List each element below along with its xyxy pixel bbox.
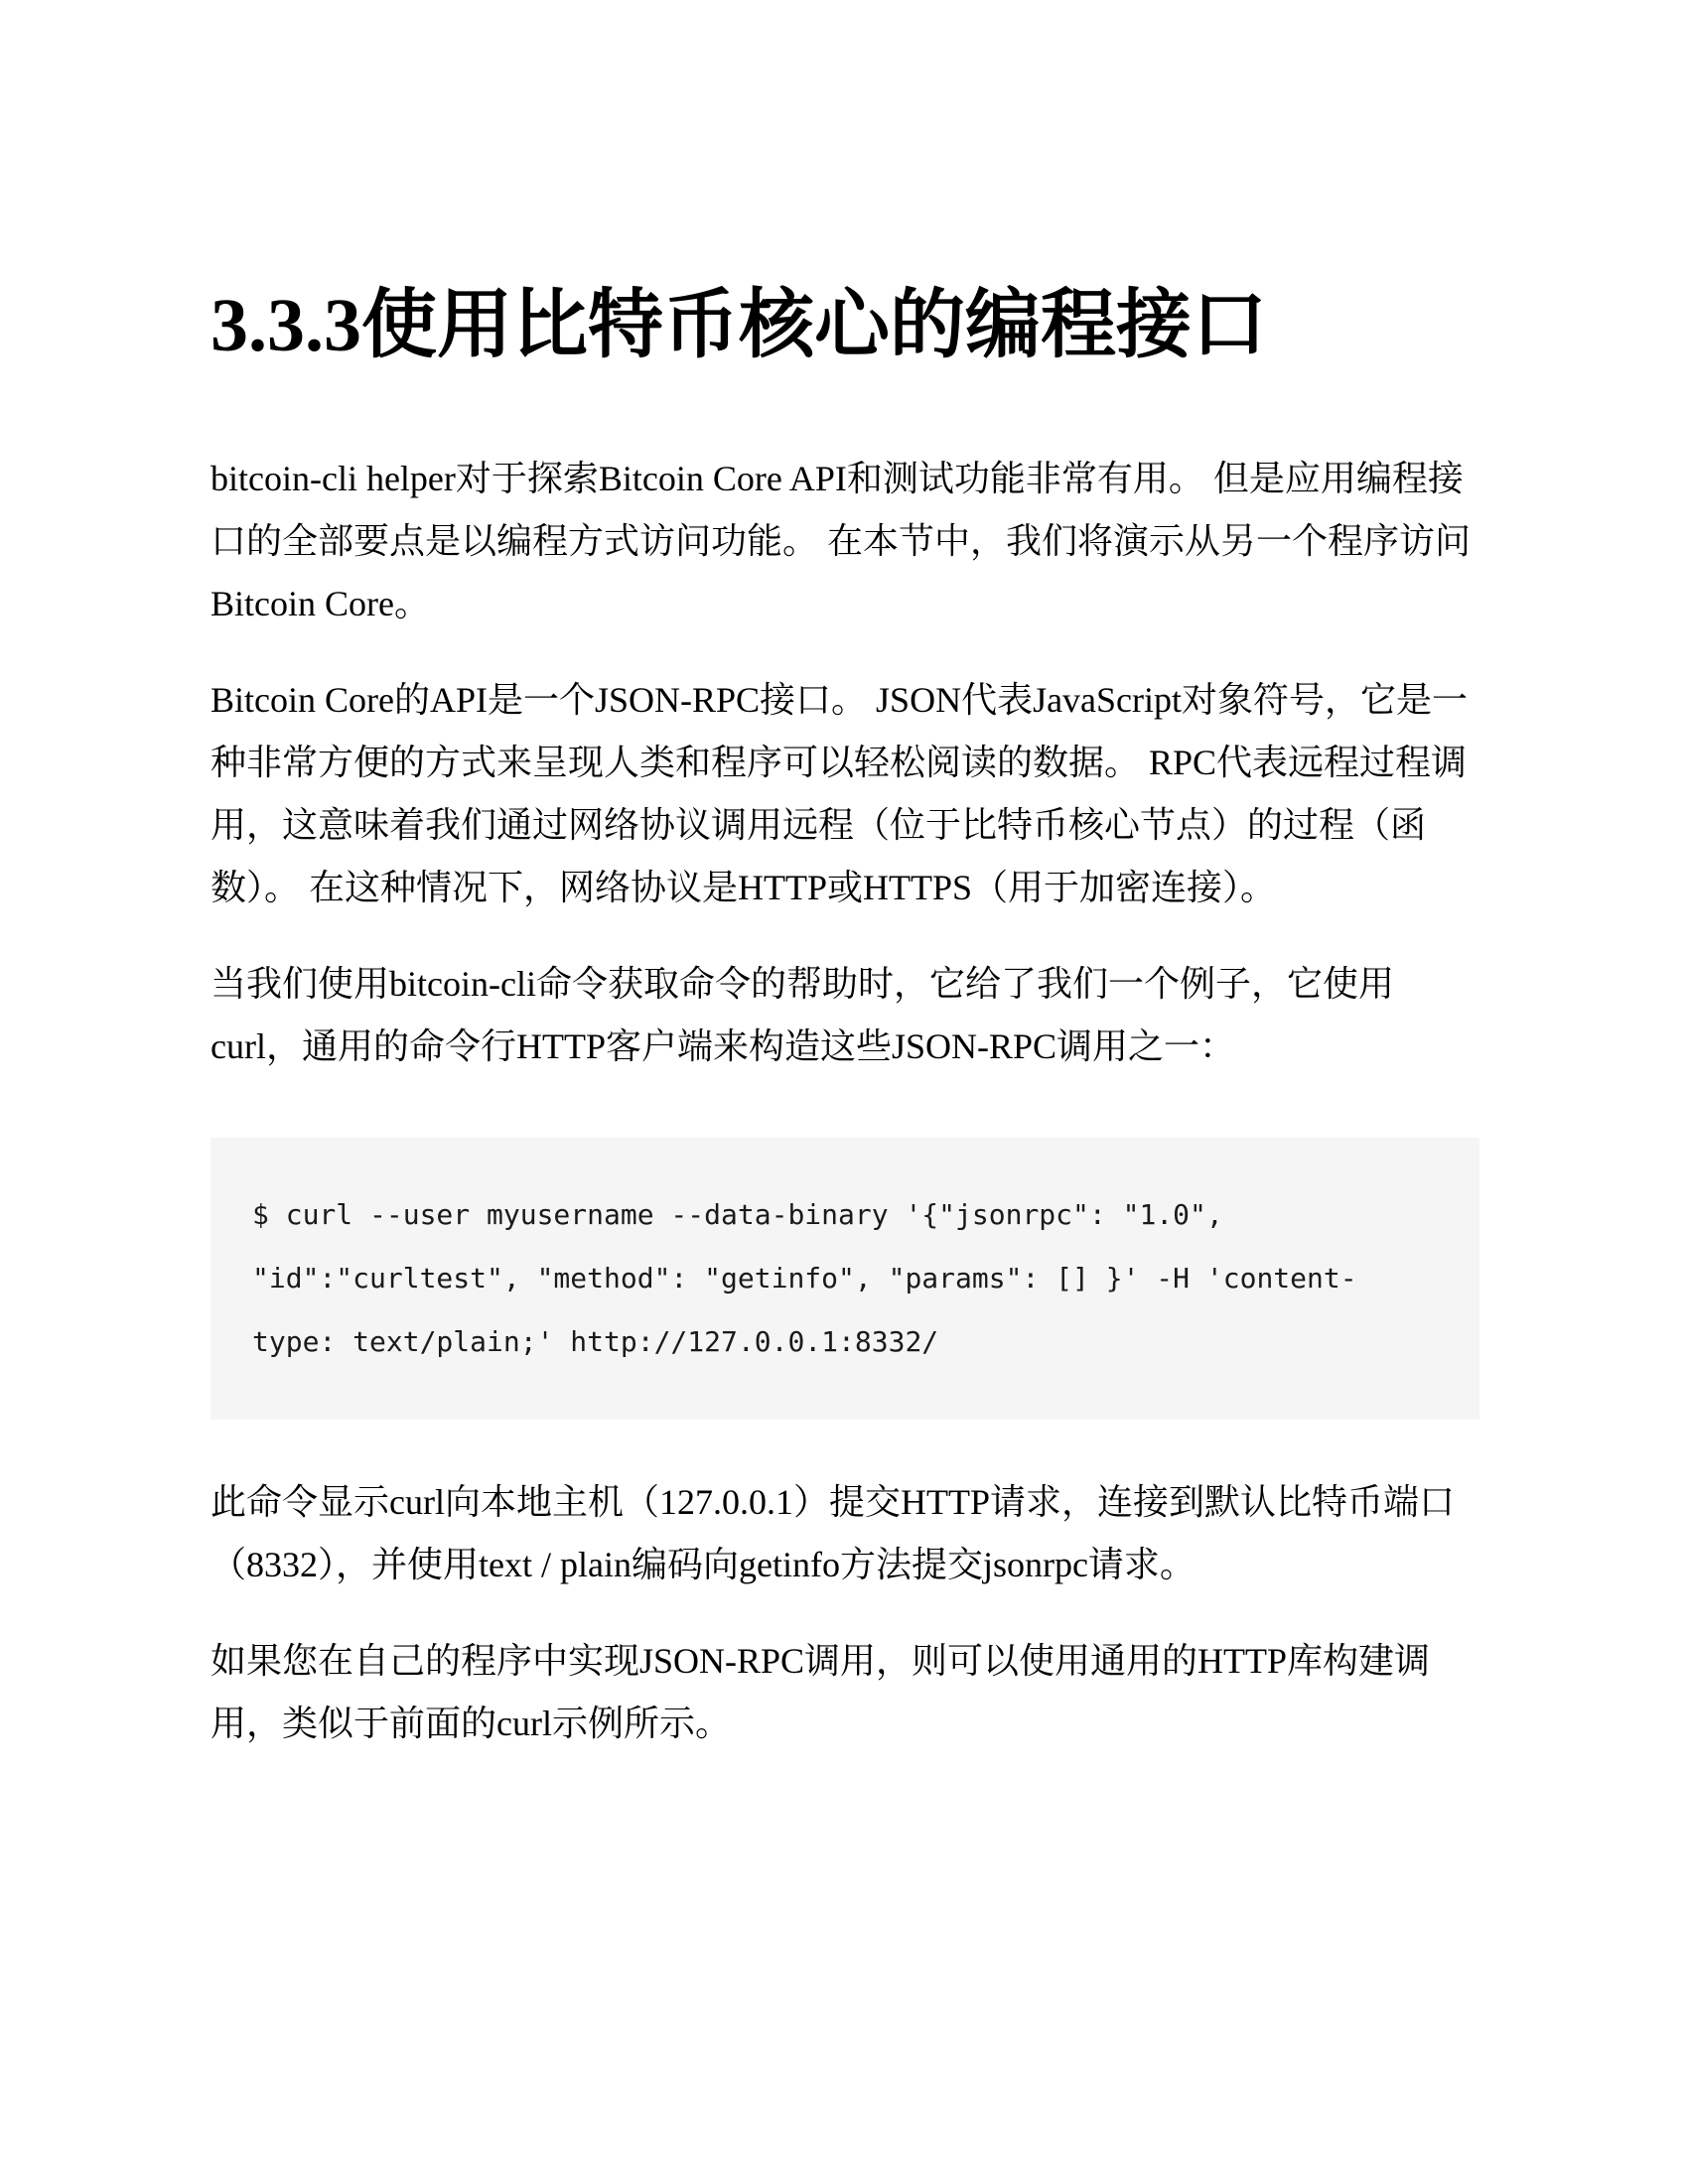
- paragraph-command-explanation: 此命令显示curl向本地主机（127.0.0.1）提交HTTP请求，连接到默认比…: [211, 1471, 1479, 1596]
- code-line: $ curl --user myusername --data-binary '…: [252, 1183, 1438, 1247]
- paragraph-jsonrpc-explanation: Bitcoin Core的API是一个JSON-RPC接口。 JSON代表Jav…: [211, 669, 1479, 919]
- document-page: 3.3.3使用比特币核心的编程接口 bitcoin-cli helper对于探索…: [0, 0, 1688, 2184]
- code-block: $ curl --user myusername --data-binary '…: [211, 1138, 1479, 1420]
- section-heading: 3.3.3使用比特币核心的编程接口: [211, 288, 1479, 363]
- paragraph-closing-note: 如果您在自己的程序中实现JSON-RPC调用，则可以使用通用的HTTP库构建调用…: [211, 1630, 1479, 1755]
- code-line: type: text/plain;' http://127.0.0.1:8332…: [252, 1310, 1438, 1374]
- paragraph-bitcoin-cli-intro: bitcoin-cli helper对于探索Bitcoin Core API和测…: [211, 448, 1479, 635]
- paragraph-curl-lead-in: 当我们使用bitcoin-cli命令获取命令的帮助时，它给了我们一个例子，它使用…: [211, 953, 1479, 1078]
- code-line: "id":"curltest", "method": "getinfo", "p…: [252, 1247, 1438, 1310]
